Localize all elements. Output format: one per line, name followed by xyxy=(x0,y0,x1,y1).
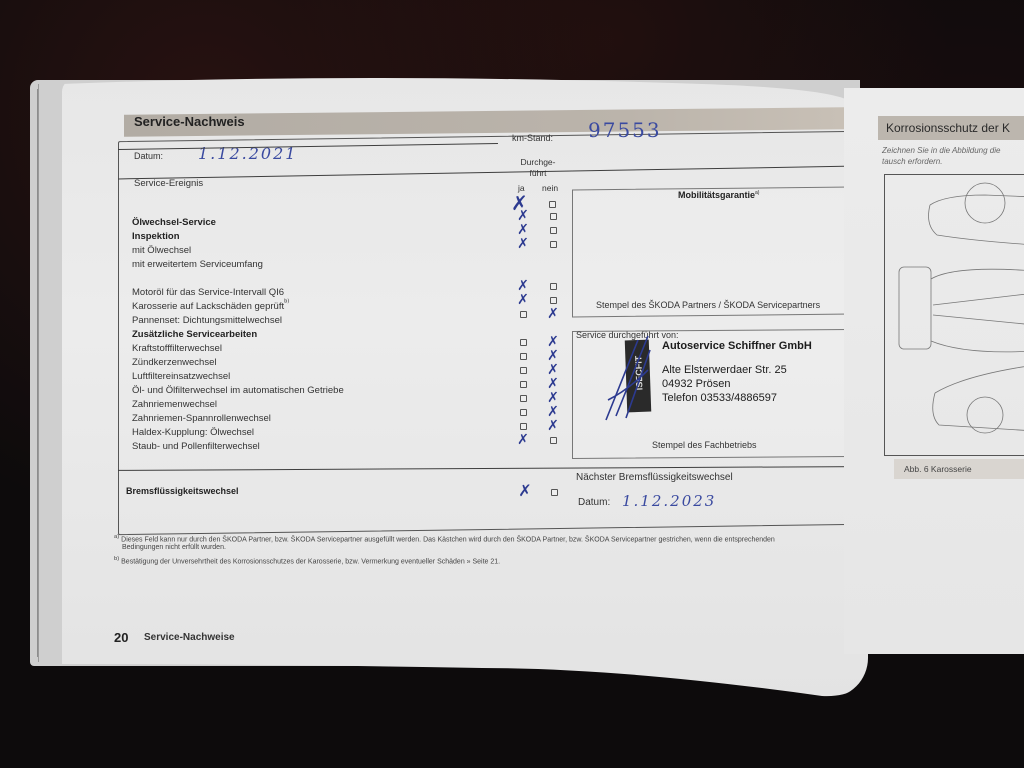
date-label: Datum: xyxy=(134,151,163,161)
right-intro-line2: tausch erfordern. xyxy=(882,157,942,166)
checkbox-ja[interactable] xyxy=(520,423,527,430)
km-label: km-Stand: xyxy=(512,133,553,143)
checkbox-nein[interactable]: ✗ xyxy=(546,391,560,405)
service-item-row: Ölwechsel-Service xyxy=(132,210,344,224)
checkbox-ja[interactable] xyxy=(520,395,527,402)
page-footer-title: Service-Nachweise xyxy=(144,632,235,643)
checkbox-ja[interactable]: ✗ xyxy=(516,433,530,447)
section-title: Service-Nachweis xyxy=(134,114,245,129)
checkbox-nein[interactable]: ✗ xyxy=(546,405,560,419)
brake-fluid-label: Bremsflüssigkeitswechsel xyxy=(126,486,239,496)
mobility-guarantee-panel xyxy=(572,187,852,318)
col-no-label: nein xyxy=(542,183,558,193)
service-item-row: Haldex-Kupplung: Ölwechsel xyxy=(132,420,344,434)
checkbox-ja[interactable]: ✗ xyxy=(516,279,530,293)
checkbox-ja[interactable]: ✗ xyxy=(516,209,530,223)
checkbox-nein[interactable] xyxy=(550,437,557,444)
service-item-row: Motoröl für das Service-Intervall QI6 xyxy=(132,280,344,294)
checkbox-nein[interactable]: ✗ xyxy=(546,419,560,433)
stamp-street: Alte Elsterwerdaer Str. 25 xyxy=(662,364,787,376)
service-item-row: Zusätzliche Servicearbeiten xyxy=(132,322,344,336)
service-item-row xyxy=(132,266,344,280)
done-header-line2: führt xyxy=(522,168,554,178)
service-item-row: mit Ölwechsel xyxy=(132,238,344,252)
workshop-stamp-caption: Stempel des Fachbetriebs xyxy=(652,440,757,450)
mobility-guarantee-title: Mobilitätsgarantiea) xyxy=(678,190,759,200)
mobility-stamp-caption: Stempel des ŠKODA Partners / ŠKODA Servi… xyxy=(596,300,820,310)
next-brake-date-value[interactable]: 1.12.2023 xyxy=(622,492,716,510)
checkbox-nein[interactable] xyxy=(550,283,557,290)
footnote-a: a) Dieses Feld kann nur durch den ŠKODA … xyxy=(114,534,775,543)
right-intro-line1: Zeichnen Sie in die Abbildung die xyxy=(882,146,1000,155)
car-outline-icon xyxy=(885,175,1024,457)
service-items-list: Ölwechsel-ServiceInspektionmit Ölwechsel… xyxy=(132,210,344,448)
figure-caption: Abb. 6 Karosserie xyxy=(904,464,972,474)
service-item-row: mit erweitertem Serviceumfang xyxy=(132,252,344,266)
checkbox-ja[interactable] xyxy=(520,311,527,318)
stamp-company: Autoservice Schiffner GmbH xyxy=(662,340,812,352)
next-brake-date-label: Datum: xyxy=(578,497,610,508)
checkbox-ja[interactable]: ✗ xyxy=(516,293,530,307)
service-event-label: Service-Ereignis xyxy=(134,178,203,189)
service-item-row: Inspektion xyxy=(132,224,344,238)
service-item-row: Zahnriemenwechsel xyxy=(132,392,344,406)
service-item-row: Pannenset: Dichtungsmittelwechsel xyxy=(132,308,344,322)
checkbox-nein[interactable]: ✗ xyxy=(546,307,560,321)
next-brake-fluid-label: Nächster Bremsflüssigkeitswechsel xyxy=(576,472,733,483)
checkbox-nein[interactable] xyxy=(550,227,557,234)
km-value[interactable]: 97553 xyxy=(588,118,662,142)
service-item-label: Staub- und Pollenfilterwechsel xyxy=(132,441,260,452)
service-item-row: Kraftstofffilterwechsel xyxy=(132,336,344,350)
car-body-figure xyxy=(884,174,1024,456)
page-number: 20 xyxy=(114,630,128,645)
checkbox-nein[interactable]: ✗ xyxy=(546,377,560,391)
checkbox-nein[interactable]: ✗ xyxy=(546,335,560,349)
checkbox-ja[interactable] xyxy=(520,381,527,388)
checkbox-nein[interactable] xyxy=(550,297,557,304)
signature-scribble xyxy=(598,330,658,430)
service-item-row: Öl- und Ölfilterwechsel im automatischen… xyxy=(132,378,344,392)
checkbox-ja[interactable]: ✗ xyxy=(516,237,530,251)
stamp-city: 04932 Prösen xyxy=(662,378,731,390)
checkbox-ja[interactable]: ✗ xyxy=(516,223,530,237)
checkbox-nein[interactable]: ✗ xyxy=(546,349,560,363)
checkbox-ja[interactable] xyxy=(520,353,527,360)
service-item-row: Staub- und Pollenfilterwechsel xyxy=(132,434,344,448)
service-item-row: Zündkerzenwechsel xyxy=(132,350,344,364)
service-item-checks: ✗ xyxy=(516,434,566,448)
service-item-checks: ✗ xyxy=(516,308,566,322)
service-item-checks: ✗ xyxy=(516,238,566,252)
service-item-row: Zahnriemen-Spannrollenwechsel xyxy=(132,406,344,420)
service-event-no-checkbox[interactable] xyxy=(549,201,556,208)
service-item-row: Karosserie auf Lackschäden geprüftb) xyxy=(132,294,344,308)
checkbox-ja[interactable] xyxy=(520,339,527,346)
footnote-a-cont: Bedingungen nicht erfüllt wurden. xyxy=(122,544,226,551)
checkbox-nein[interactable]: ✗ xyxy=(546,363,560,377)
stamp-phone: Telefon 03533/4886597 xyxy=(662,392,777,404)
checkbox-ja[interactable] xyxy=(520,409,527,416)
checkbox-nein[interactable] xyxy=(550,241,557,248)
right-section-title: Korrosionsschutz der K xyxy=(886,121,1010,135)
service-item-row: Luftfiltereinsatzwechsel xyxy=(132,364,344,378)
brake-fluid-yes-check[interactable]: ✗ xyxy=(518,484,532,498)
done-header-line1: Durchge- xyxy=(516,157,560,167)
service-item-checks xyxy=(516,252,566,266)
checkbox-ja[interactable] xyxy=(520,367,527,374)
checkbox-nein[interactable] xyxy=(550,213,557,220)
brake-fluid-no-checkbox[interactable] xyxy=(551,489,558,496)
service-items-checkboxes: ✗✗✗✗✗✗✗✗✗✗✗✗✗✗ xyxy=(516,210,566,448)
footnote-b: b) Bestätigung der Unversehrtheit des Ko… xyxy=(114,556,500,565)
